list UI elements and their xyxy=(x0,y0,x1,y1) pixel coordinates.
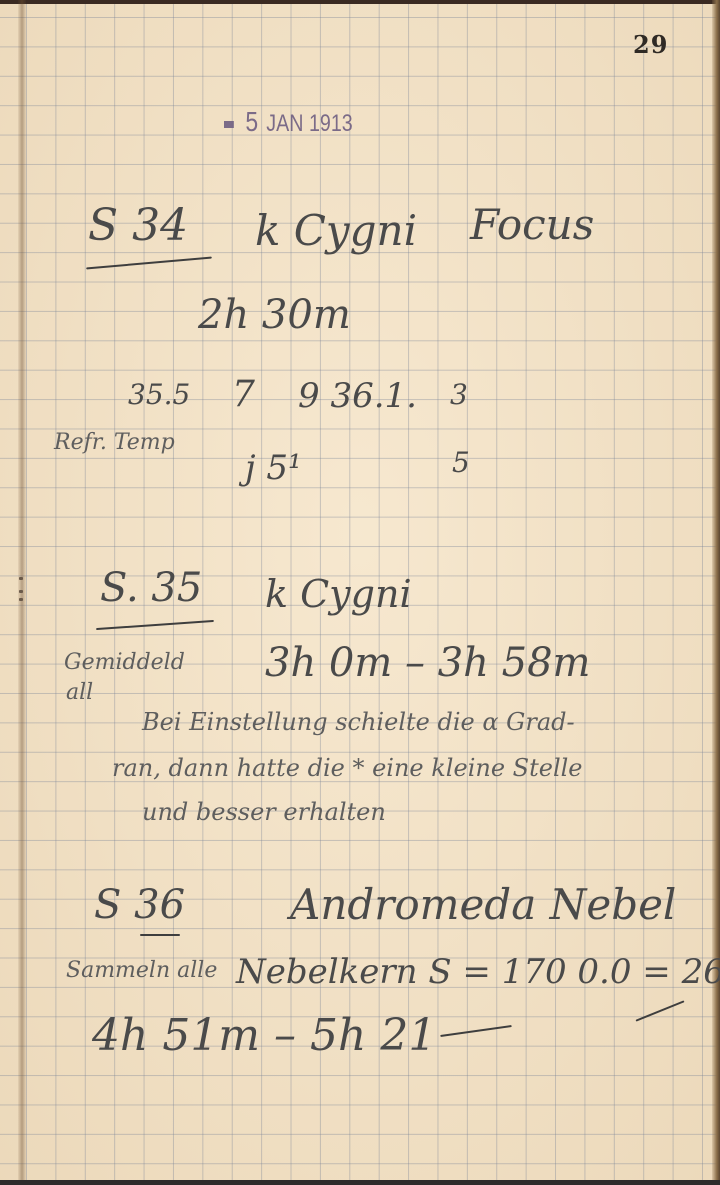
object-name: Andromeda Nebel xyxy=(290,880,676,929)
remark-line: ran, dann hatte die * eine kleine Stelle xyxy=(112,754,583,782)
reading-value: 9 36.1. xyxy=(298,376,417,416)
object-name: k Cygni xyxy=(255,206,417,255)
reading-value: 7 xyxy=(232,374,255,415)
entry-label: S 36 xyxy=(94,882,185,928)
focus-note: Focus xyxy=(470,200,594,249)
entry-underline xyxy=(140,934,180,936)
reading-value: 35.5 xyxy=(128,378,190,411)
side-note: Gemiddeld xyxy=(64,650,185,675)
entry-underline xyxy=(86,257,212,270)
binding-stitch xyxy=(19,577,23,580)
time-range: 4h 51m – 5h 21 xyxy=(92,1010,436,1061)
page-right-edge xyxy=(712,0,720,1185)
stamp-month-year: JAN 1913 xyxy=(266,110,352,137)
binding-stitch xyxy=(19,598,23,601)
page-bottom-edge xyxy=(0,1180,720,1185)
binding-stitch xyxy=(19,590,23,593)
nebula-detail: Nebelkern S = 170 0.0 = 26 xyxy=(236,952,720,992)
observation-time: 2h 30m xyxy=(198,292,351,338)
side-note: Sammeln alle xyxy=(66,958,217,983)
entry-label: S 34 xyxy=(88,200,188,251)
time-range: 3h 0m – 3h 58m xyxy=(265,640,591,686)
stamp-day: 5 xyxy=(245,106,258,137)
value-underline xyxy=(636,1000,685,1021)
reading-label: Refr. Temp xyxy=(54,430,175,455)
remark-line: und besser erhalten xyxy=(142,798,386,826)
page-top-edge xyxy=(0,0,720,4)
entry-label: S. 35 xyxy=(100,565,202,611)
object-name: k Cygni xyxy=(265,572,412,616)
closing-stroke xyxy=(440,1025,512,1037)
date-stamp: 5JAN 1913 xyxy=(224,106,353,138)
stamp-dash xyxy=(224,121,234,128)
reading-value: 3 xyxy=(450,378,468,411)
reading-value: j 5¹ xyxy=(245,448,302,488)
page-number: 29 xyxy=(633,30,668,59)
entry-underline xyxy=(96,620,214,630)
side-note: all xyxy=(66,680,93,705)
notebook-page: 29 5JAN 1913 S 34 k Cygni Focus 2h 30m 3… xyxy=(0,0,720,1185)
reading-value: 5 xyxy=(452,446,470,479)
remark-line: Bei Einstellung schielte die α Grad- xyxy=(142,708,575,736)
